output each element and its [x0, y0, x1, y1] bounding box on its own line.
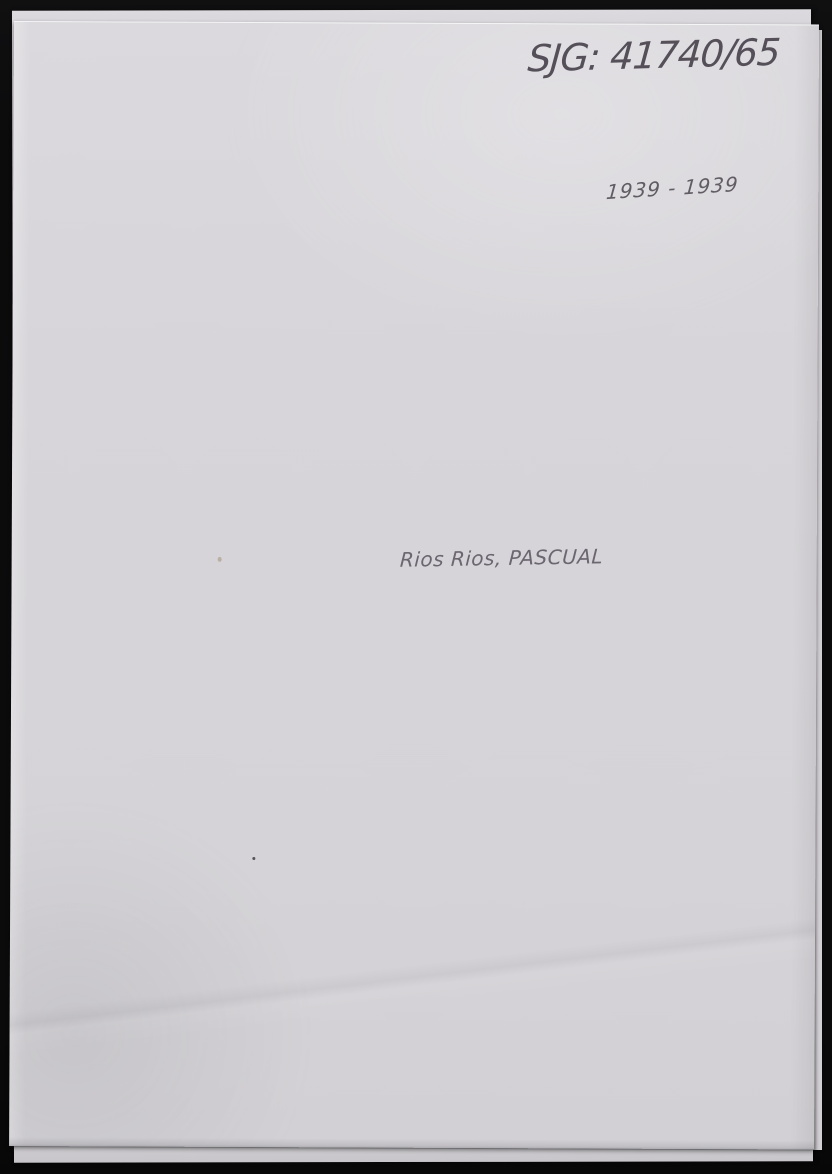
fold-crease [9, 866, 815, 1090]
scanned-document: SJG: 41740/65 1939 - 1939 Rios Rios, PAS… [0, 0, 832, 1174]
paper-speck [218, 557, 222, 562]
paper-speck [252, 857, 255, 860]
document-cover-sheet [9, 21, 819, 1150]
